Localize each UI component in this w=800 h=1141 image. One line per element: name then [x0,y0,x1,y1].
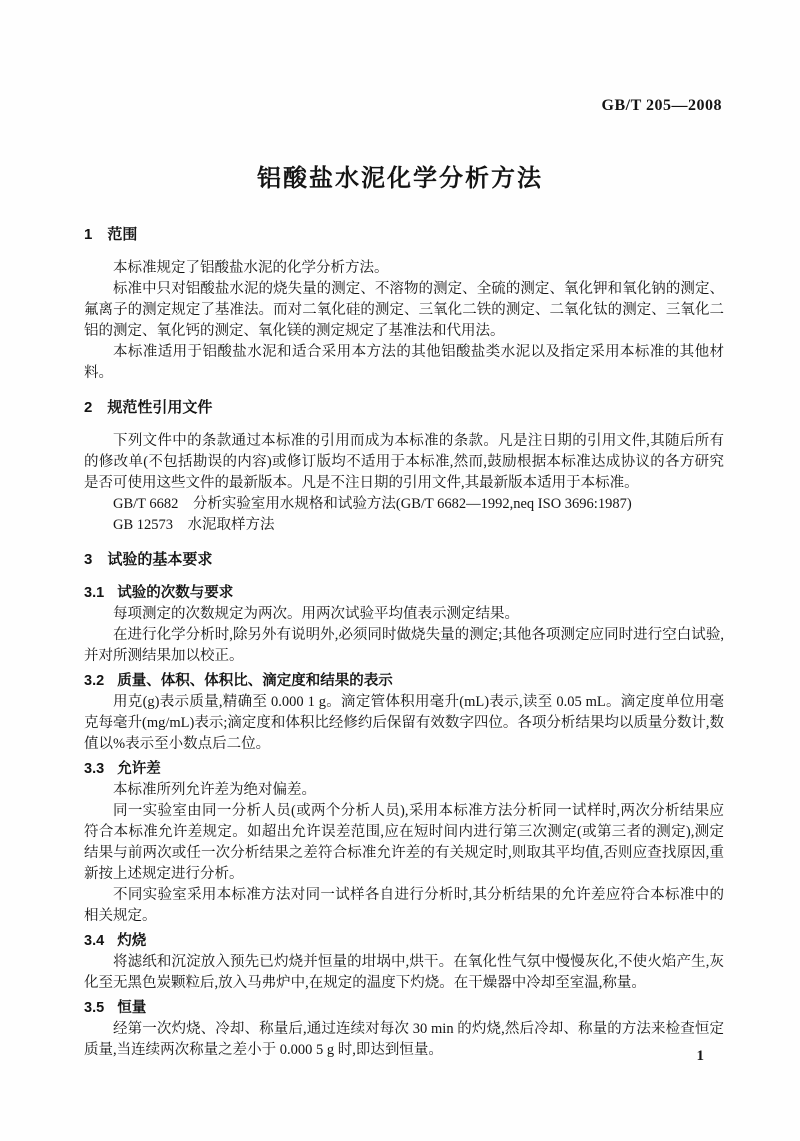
paragraph: 标准中只对铝酸盐水泥的烧失量的测定、不溶物的测定、全硫的测定、氧化钾和氧化钠的测… [84,279,724,342]
section-3-heading: 3试验的基本要求 [84,549,724,570]
reference-entry: GB/T 6682 分析实验室用水规格和试验方法(GB/T 6682—1992,… [84,494,724,515]
section-3-1-heading: 3.1试验的次数与要求 [84,583,724,604]
paragraph: 将滤纸和沉淀放入预先已灼烧并恒量的坩埚中,烘干。在氧化性气氛中慢慢灰化,不使火焰… [84,952,724,994]
standard-code: GB/T 205—2008 [602,97,722,115]
section-number: 3 [84,551,92,568]
section-title: 恒量 [117,1000,146,1016]
paragraph: 在进行化学分析时,除另外有说明外,必须同时做烧失量的测定;其他各项测定应同时进行… [84,625,724,667]
paragraph: 经第一次灼烧、冷却、称量后,通过连续对每次 30 min 的灼烧,然后冷却、称量… [84,1019,724,1061]
section-number: 3.2 [84,673,104,689]
paragraph: 用克(g)表示质量,精确至 0.000 1 g。滴定管体积用毫升(mL)表示,读… [84,692,724,755]
paragraph: 同一实验室由同一分析人员(或两个分析人员),采用本标准方法分析同一试样时,两次分… [84,801,724,885]
section-title: 试验的次数与要求 [117,585,233,601]
section-number: 1 [84,226,92,243]
section-title: 试验的基本要求 [107,551,212,568]
section-3-4-heading: 3.4灼烧 [84,931,724,952]
section-2-heading: 2规范性引用文件 [84,397,724,418]
section-title: 允许差 [117,761,161,777]
section-number: 3.5 [84,1000,104,1016]
document-body: 1范围 本标准规定了铝酸盐水泥的化学分析方法。 标准中只对铝酸盐水泥的烧失量的测… [84,224,724,1061]
paragraph: 不同实验室采用本标准方法对同一试样各自进行分析时,其分析结果的允许差应符合本标准… [84,885,724,927]
paragraph: 本标准所列允许差为绝对偏差。 [84,780,724,801]
document-title: 铝酸盐水泥化学分析方法 [0,158,800,193]
section-number: 3.1 [84,585,104,601]
paragraph: 每项测定的次数规定为两次。用两次试验平均值表示测定结果。 [84,604,724,625]
reference-entry: GB 12573 水泥取样方法 [84,515,724,536]
section-3-5-heading: 3.5恒量 [84,998,724,1019]
paragraph: 下列文件中的条款通过本标准的引用而成为本标准的条款。凡是注日期的引用文件,其随后… [84,431,724,494]
section-number: 3.3 [84,761,104,777]
paragraph: 本标准适用于铝酸盐水泥和适合采用本方法的其他铝酸盐类水泥以及指定采用本标准的其他… [84,342,724,384]
paragraph: 本标准规定了铝酸盐水泥的化学分析方法。 [84,258,724,279]
section-number: 3.4 [84,933,104,949]
section-3-3-heading: 3.3允许差 [84,759,724,780]
section-1-heading: 1范围 [84,224,724,245]
section-title: 规范性引用文件 [107,399,212,416]
section-title: 灼烧 [117,933,146,949]
page-number: 1 [697,1048,705,1065]
section-3-2-heading: 3.2质量、体积、体积比、滴定度和结果的表示 [84,671,724,692]
section-title: 质量、体积、体积比、滴定度和结果的表示 [117,673,393,689]
section-title: 范围 [107,226,137,243]
section-number: 2 [84,399,92,416]
document-page: GB/T 205—2008 铝酸盐水泥化学分析方法 1范围 本标准规定了铝酸盐水… [0,0,800,1141]
